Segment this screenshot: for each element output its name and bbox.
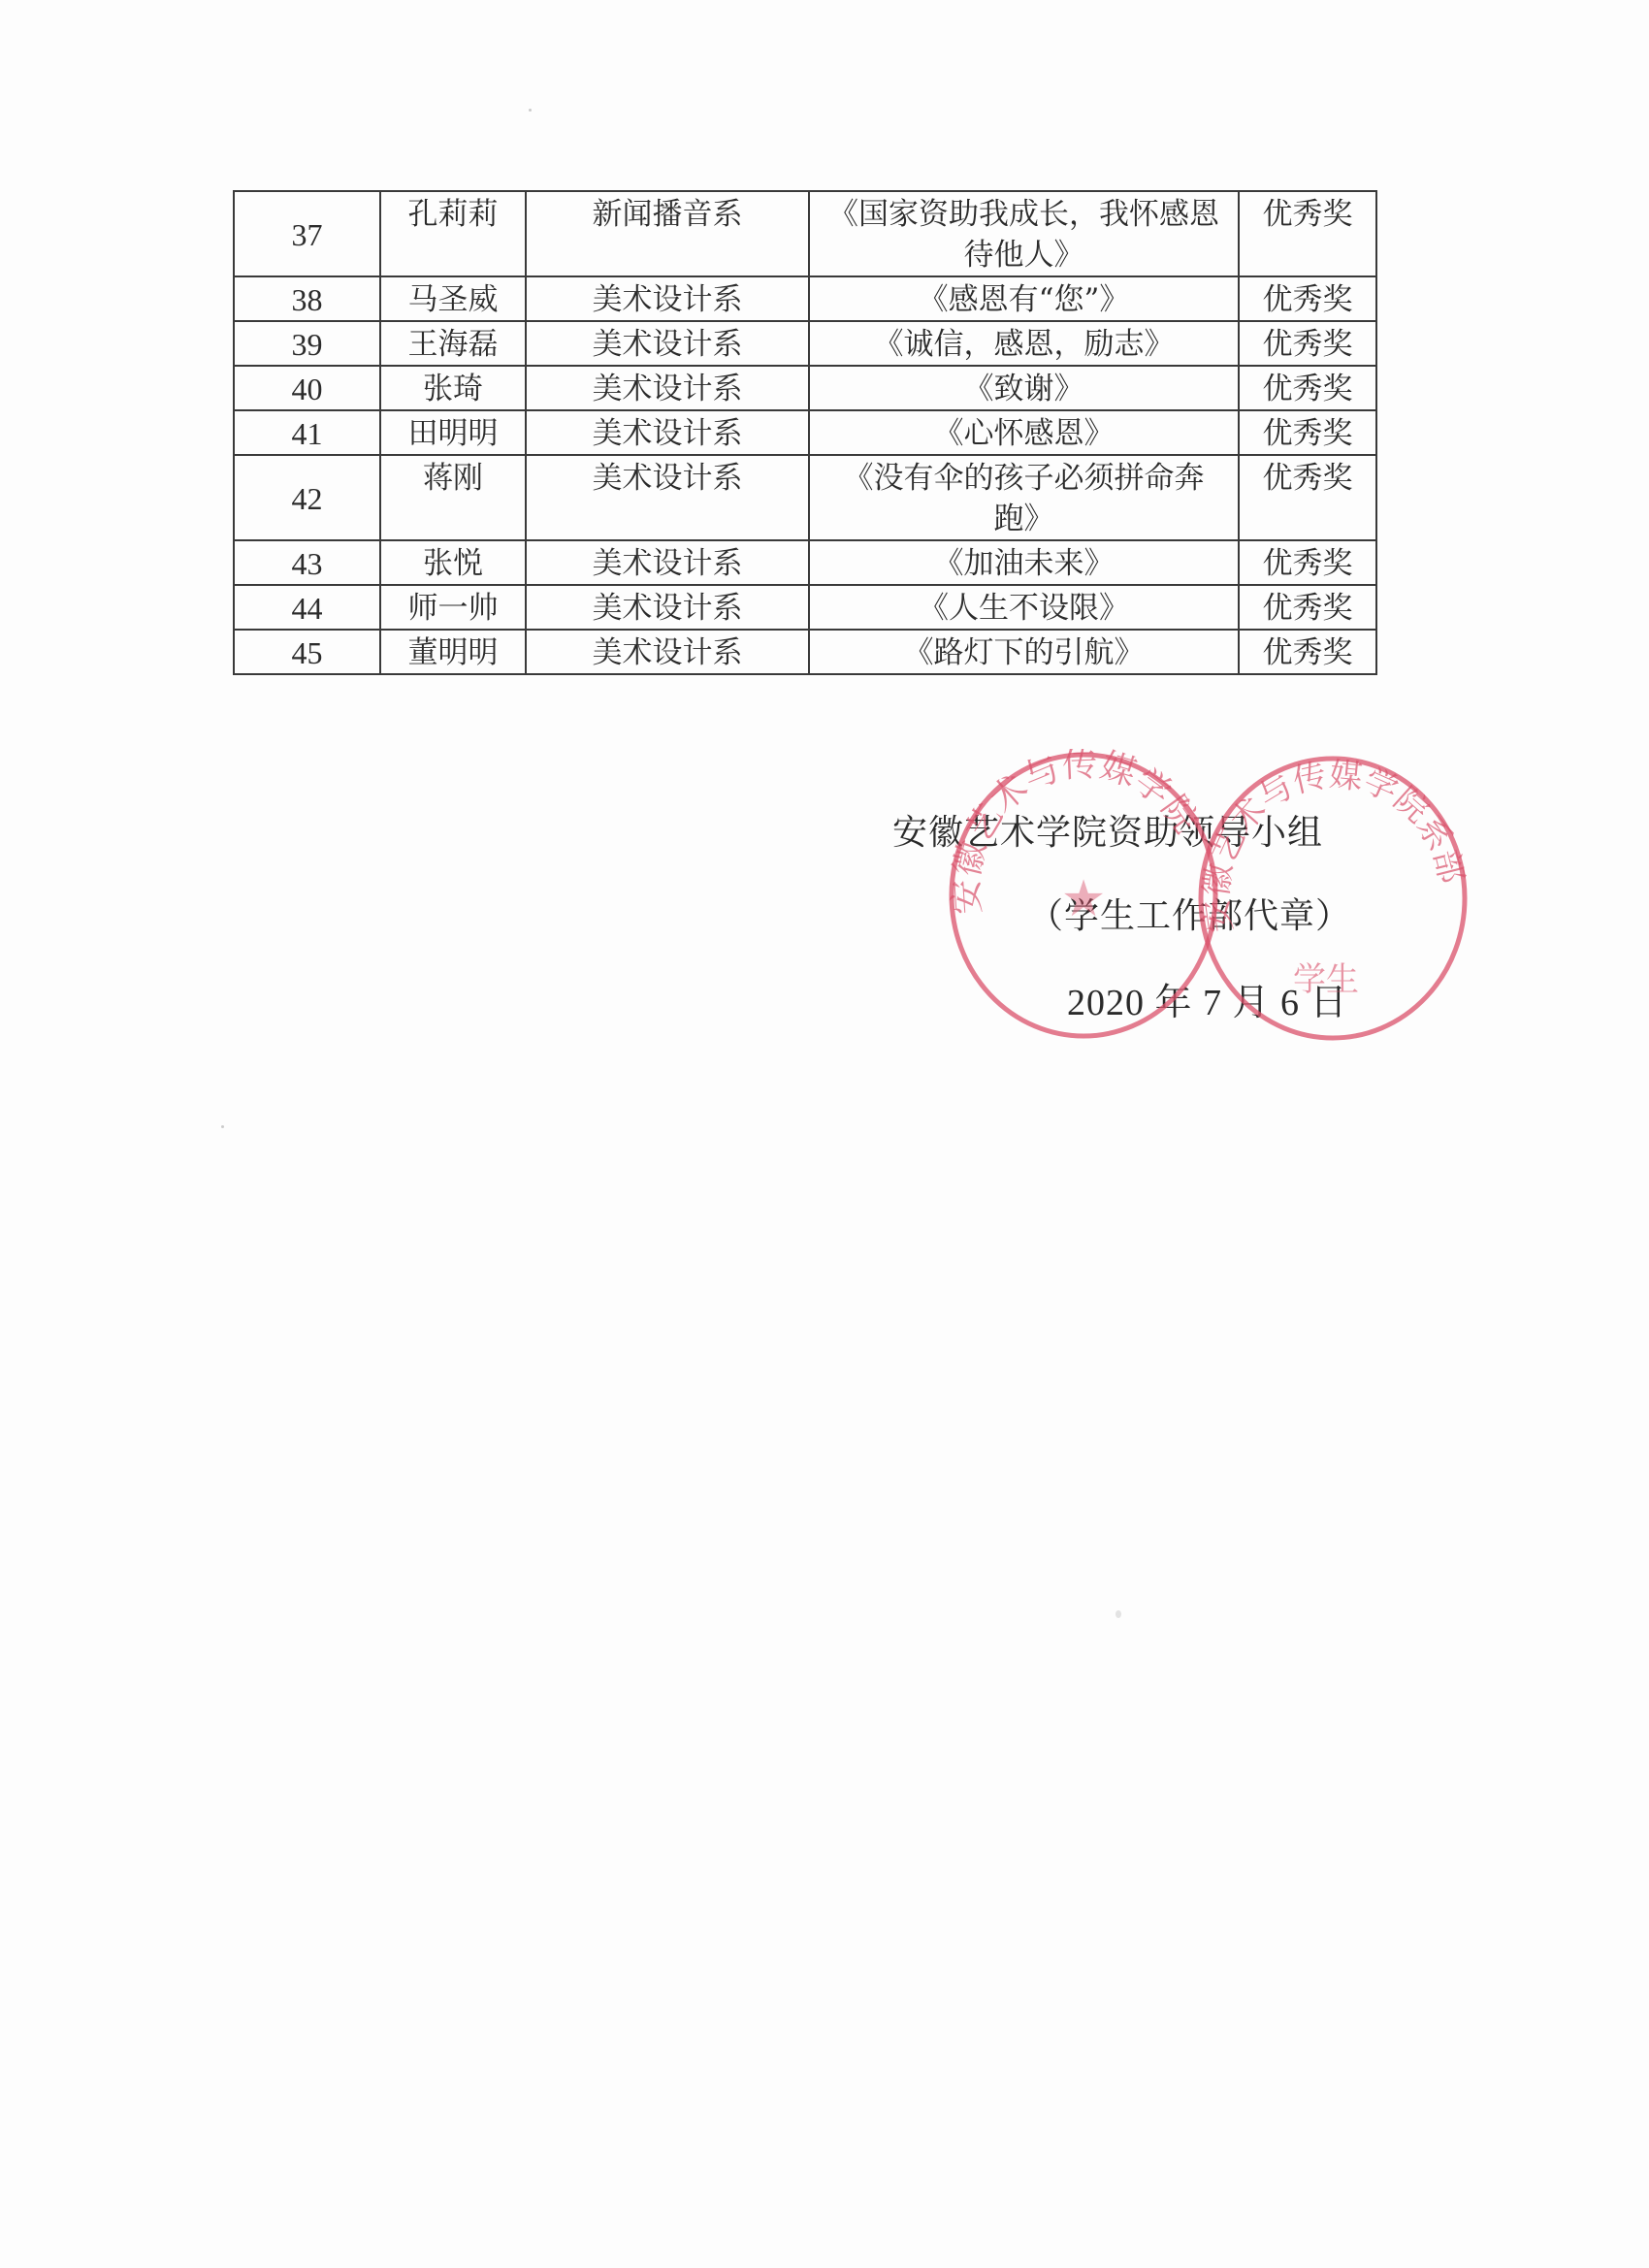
award-level: 优秀奖 (1239, 276, 1376, 321)
row-number: 45 (234, 630, 380, 674)
row-number: 42 (234, 455, 380, 540)
table-row: 45董明明美术设计系《路灯下的引航》优秀奖 (234, 630, 1376, 674)
award-level: 优秀奖 (1239, 321, 1376, 366)
department: 美术设计系 (526, 366, 809, 410)
row-number: 41 (234, 410, 380, 455)
table-row: 44师一帅美术设计系《人生不设限》优秀奖 (234, 585, 1376, 630)
student-name: 张悦 (380, 540, 526, 585)
row-number: 43 (234, 540, 380, 585)
award-table-body: 37孔莉莉新闻播音系《国家资助我成长，我怀感恩待他人》优秀奖38马圣威美术设计系… (234, 191, 1376, 674)
table-row: 41田明明美术设计系《心怀感恩》优秀奖 (234, 410, 1376, 455)
work-title: 《诚信，感恩，励志》 (809, 321, 1239, 366)
signing-organization: 安徽艺术学院资助领导小组 (892, 805, 1323, 855)
department: 美术设计系 (526, 276, 809, 321)
award-level: 优秀奖 (1239, 630, 1376, 674)
table-row: 39王海磊美术设计系《诚信，感恩，励志》优秀奖 (234, 321, 1376, 366)
student-name: 田明明 (380, 410, 526, 455)
department: 美术设计系 (526, 321, 809, 366)
row-number: 37 (234, 191, 380, 276)
award-level: 优秀奖 (1239, 366, 1376, 410)
work-title: 《心怀感恩》 (809, 410, 1239, 455)
award-level: 优秀奖 (1239, 455, 1376, 540)
table-row: 40张琦美术设计系《致谢》优秀奖 (234, 366, 1376, 410)
student-name: 马圣威 (380, 276, 526, 321)
work-title: 《没有伞的孩子必须拼命奔跑》 (809, 455, 1239, 540)
department: 新闻播音系 (526, 191, 809, 276)
department: 美术设计系 (526, 410, 809, 455)
table-row: 38马圣威美术设计系《感恩有“您”》优秀奖 (234, 276, 1376, 321)
department: 美术设计系 (526, 455, 809, 540)
work-title: 《人生不设限》 (809, 585, 1239, 630)
work-title: 《致谢》 (809, 366, 1239, 410)
student-name: 师一帅 (380, 585, 526, 630)
table-row: 42蒋刚美术设计系《没有伞的孩子必须拼命奔跑》优秀奖 (234, 455, 1376, 540)
work-title: 《加油未来》 (809, 540, 1239, 585)
signing-date: 2020 年 7 月 6 日 (1067, 972, 1348, 1025)
student-name: 蒋刚 (380, 455, 526, 540)
row-number: 38 (234, 276, 380, 321)
award-level: 优秀奖 (1239, 585, 1376, 630)
award-level: 优秀奖 (1239, 540, 1376, 585)
work-title: 《国家资助我成长，我怀感恩待他人》 (809, 191, 1239, 276)
seal-note: （学生工作部代章） (1028, 889, 1351, 938)
student-name: 王海磊 (380, 321, 526, 366)
department: 美术设计系 (526, 585, 809, 630)
award-level: 优秀奖 (1239, 410, 1376, 455)
student-name: 张琦 (380, 366, 526, 410)
award-table: 37孔莉莉新闻播音系《国家资助我成长，我怀感恩待他人》优秀奖38马圣威美术设计系… (233, 190, 1377, 675)
student-name: 孔莉莉 (380, 191, 526, 276)
document-page: 37孔莉莉新闻播音系《国家资助我成长，我怀感恩待他人》优秀奖38马圣威美术设计系… (0, 0, 1649, 2268)
department: 美术设计系 (526, 630, 809, 674)
scan-speck (221, 1125, 224, 1128)
row-number: 39 (234, 321, 380, 366)
row-number: 40 (234, 366, 380, 410)
award-level: 优秀奖 (1239, 191, 1376, 276)
department: 美术设计系 (526, 540, 809, 585)
work-title: 《路灯下的引航》 (809, 630, 1239, 674)
scan-speck (1115, 1610, 1121, 1618)
row-number: 44 (234, 585, 380, 630)
table-row: 43张悦美术设计系《加油未来》优秀奖 (234, 540, 1376, 585)
table-row: 37孔莉莉新闻播音系《国家资助我成长，我怀感恩待他人》优秀奖 (234, 191, 1376, 276)
scan-speck (529, 109, 532, 112)
student-name: 董明明 (380, 630, 526, 674)
work-title: 《感恩有“您”》 (809, 276, 1239, 321)
